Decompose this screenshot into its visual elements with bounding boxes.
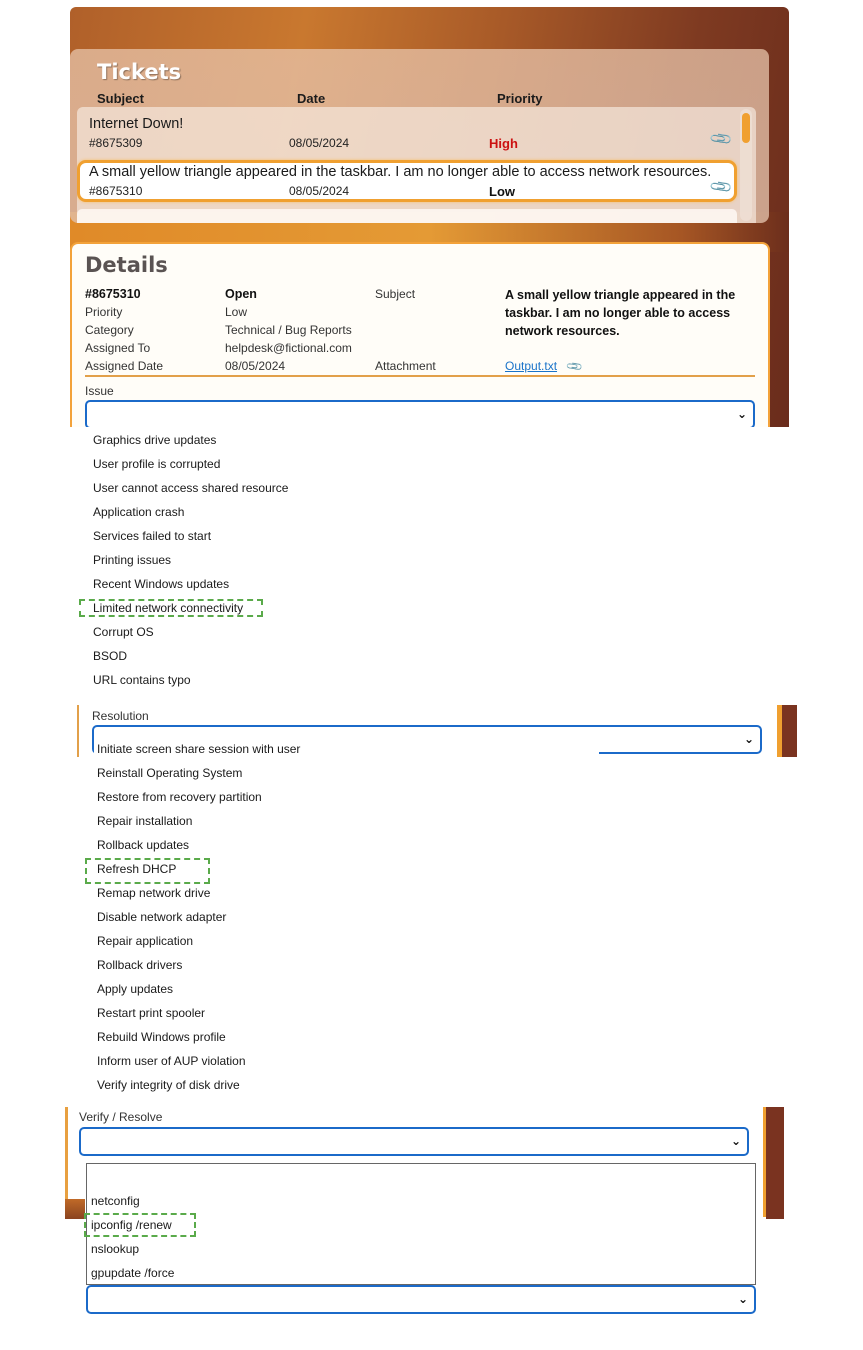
ticket-row[interactable]: Internet Down! #8675309 08/05/2024 High … (77, 112, 737, 154)
issue-select[interactable]: ⌄ (85, 400, 755, 427)
ticket-priority: High (489, 136, 518, 151)
resolution-option[interactable]: Repair application (97, 934, 193, 948)
details-ticket-id: #8675310 (85, 287, 141, 301)
scrollbar-thumb[interactable] (742, 113, 750, 143)
paperclip-icon[interactable]: 📎 (709, 126, 735, 152)
verify-second-select[interactable]: ⌄ (86, 1285, 756, 1314)
ticket-id: #8675309 (89, 136, 142, 150)
ticket-row-selected[interactable]: A small yellow triangle appeared in the … (77, 160, 737, 202)
issue-option[interactable]: Graphics drive updates (93, 433, 216, 447)
resolution-option[interactable]: Rebuild Windows profile (97, 1030, 226, 1044)
resolution-option[interactable]: Apply updates (97, 982, 173, 996)
details-priority-label: Priority (85, 305, 122, 319)
resolution-option[interactable]: Remap network drive (97, 886, 210, 900)
details-title: Details (85, 253, 168, 277)
ticket-date: 08/05/2024 (289, 136, 349, 150)
attachment-link-wrap: Output.txt 📎 (505, 359, 582, 373)
resolution-option[interactable]: Repair installation (97, 814, 192, 828)
issue-option[interactable]: User cannot access shared resource (93, 481, 288, 495)
details-subject-value: A small yellow triangle appeared in the … (505, 286, 745, 340)
verify-option[interactable]: netconfig (91, 1194, 140, 1208)
issue-option[interactable]: Services failed to start (93, 529, 211, 543)
panel-edge (77, 705, 79, 757)
answer-highlight-box (79, 599, 263, 617)
verify-option[interactable]: gpupdate /force (91, 1266, 174, 1280)
chevron-down-icon: ⌄ (744, 732, 754, 746)
details-category-label: Category (85, 323, 134, 337)
details-assigned-to-label: Assigned To (85, 341, 150, 355)
panel-edge (65, 1107, 68, 1199)
answer-highlight-box (84, 1213, 196, 1237)
verify-label: Verify / Resolve (79, 1110, 162, 1124)
tickets-title: Tickets (97, 60, 181, 84)
resolution-option[interactable]: Verify integrity of disk drive (97, 1078, 240, 1092)
ticket-id: #8675310 (89, 184, 142, 198)
paperclip-icon[interactable]: 📎 (709, 174, 735, 200)
details-panel: Details #8675310 Open Priority Low Categ… (70, 242, 770, 427)
chevron-down-icon: ⌄ (738, 1292, 748, 1306)
tickets-panel: Tickets Subject Date Priority Internet D… (70, 49, 769, 223)
details-status: Open (225, 287, 257, 301)
ticket-row[interactable] (77, 209, 737, 223)
issue-option[interactable]: BSOD (93, 649, 127, 663)
column-header-priority[interactable]: Priority (497, 91, 543, 106)
app-frame-edge (782, 705, 797, 757)
resolution-option[interactable]: Initiate screen share session with user (97, 742, 300, 756)
issue-option[interactable]: Recent Windows updates (93, 577, 229, 591)
ticket-list-scrollbar[interactable] (740, 109, 752, 221)
resolution-option[interactable]: Rollback drivers (97, 958, 182, 972)
resolution-option[interactable]: Reinstall Operating System (97, 766, 242, 780)
details-assigned-to-value: helpdesk@fictional.com (225, 341, 352, 355)
issue-option[interactable]: User profile is corrupted (93, 457, 220, 471)
app-frame-edge (766, 1107, 784, 1219)
resolution-option[interactable]: Restart print spooler (97, 1006, 205, 1020)
app-frame-edge (65, 1199, 85, 1219)
attachment-link[interactable]: Output.txt (505, 359, 557, 373)
issue-label: Issue (85, 384, 114, 398)
ticket-priority: Low (489, 184, 515, 199)
ticket-subject: Internet Down! (89, 116, 183, 132)
chevron-down-icon: ⌄ (731, 1134, 741, 1148)
resolution-option[interactable]: Disable network adapter (97, 910, 226, 924)
details-divider (85, 375, 755, 377)
app-window: Tickets Subject Date Priority Internet D… (70, 7, 789, 427)
resolution-option[interactable]: Inform user of AUP violation (97, 1054, 246, 1068)
column-header-subject[interactable]: Subject (97, 91, 144, 106)
details-subject-label: Subject (375, 287, 415, 301)
paperclip-icon: 📎 (566, 357, 585, 376)
verify-select[interactable]: ⌄ (79, 1127, 749, 1156)
details-assigned-date-label: Assigned Date (85, 359, 163, 373)
issue-option[interactable]: Printing issues (93, 553, 171, 567)
resolution-label: Resolution (92, 709, 149, 723)
details-attachment-label: Attachment (375, 359, 436, 373)
ticket-date: 08/05/2024 (289, 184, 349, 198)
issue-option[interactable]: URL contains typo (93, 673, 191, 687)
answer-highlight-box (85, 858, 210, 884)
issue-option[interactable]: Application crash (93, 505, 184, 519)
issue-option[interactable]: Corrupt OS (93, 625, 154, 639)
resolution-option[interactable]: Restore from recovery partition (97, 790, 262, 804)
column-header-date[interactable]: Date (297, 91, 325, 106)
verify-option[interactable]: nslookup (91, 1242, 139, 1256)
details-assigned-date-value: 08/05/2024 (225, 359, 285, 373)
details-category-value: Technical / Bug Reports (225, 323, 352, 337)
ticket-list: Internet Down! #8675309 08/05/2024 High … (77, 107, 756, 223)
details-priority-value: Low (225, 305, 247, 319)
chevron-down-icon: ⌄ (737, 407, 747, 421)
ticket-subject: A small yellow triangle appeared in the … (89, 164, 711, 180)
resolution-option[interactable]: Rollback updates (97, 838, 189, 852)
